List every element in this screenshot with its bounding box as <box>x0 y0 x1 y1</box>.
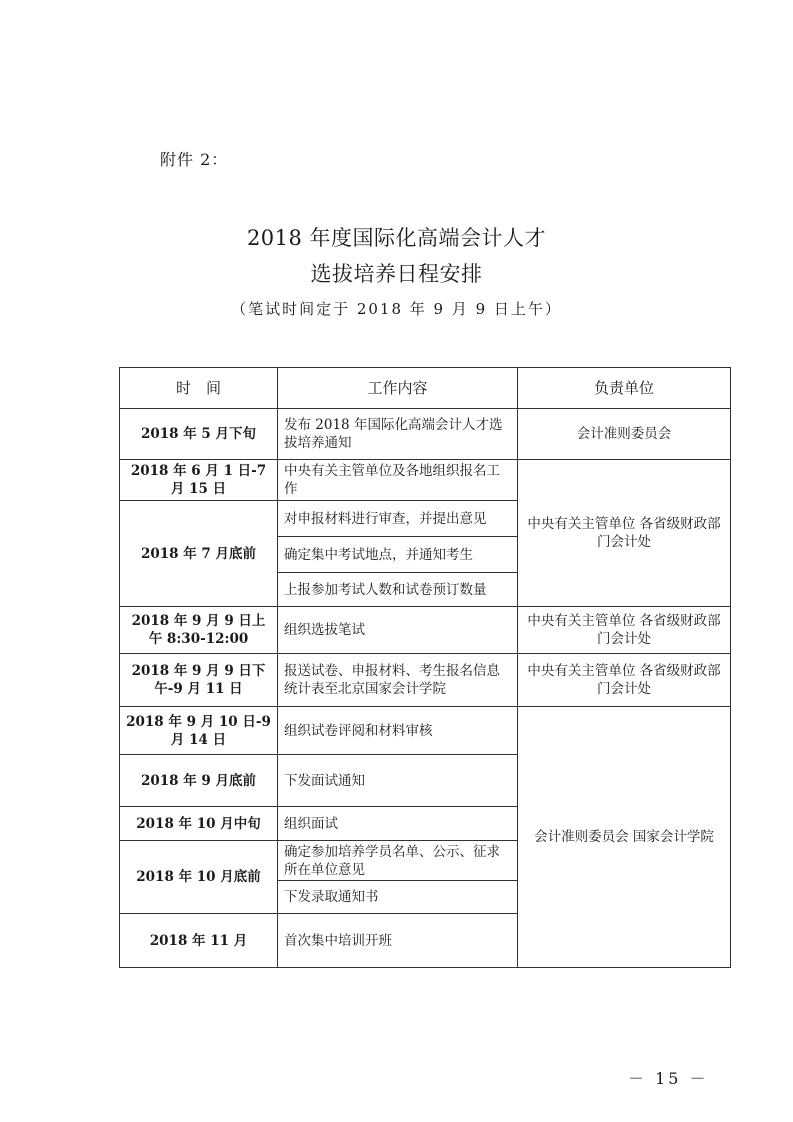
unit-cell: 中央有关主管单位 各省级财政部门会计处 <box>518 654 731 707</box>
time-cell: 2018 年 11 月 <box>120 914 278 968</box>
time-cell: 2018 年 7 月底前 <box>120 501 278 607</box>
work-cell: 发布 2018 年国际化高端会计人才选拔培养通知 <box>278 409 518 460</box>
column-header-work: 工作内容 <box>278 368 518 409</box>
page-number: － 15 － <box>628 1066 709 1089</box>
unit-cell: 中央有关主管单位 各省级财政部门会计处 <box>518 460 731 607</box>
work-cell: 确定参加培养学员名单、公示、征求所在单位意见 <box>278 841 518 881</box>
time-cell: 2018 年 9 月 9 日上午 8:30-12:00 <box>120 607 278 654</box>
document-subtitle: （笔试时间定于 2018 年 9 月 9 日上午） <box>0 298 793 319</box>
table-row: 2018 年 9 月 10 日-9 月 14 日 组织试卷评阅和材料审核 会计准… <box>120 707 731 755</box>
table-row: 2018 年 9 月 9 日下午-9 月 11 日 报送试卷、申报材料、考生报名… <box>120 654 731 707</box>
unit-cell: 会计准则委员会 国家会计学院 <box>518 707 731 968</box>
time-cell: 2018 年 5 月下旬 <box>120 409 278 460</box>
attachment-label: 附件 2： <box>160 147 228 170</box>
column-header-time: 时 间 <box>120 368 278 409</box>
work-cell: 首次集中培训开班 <box>278 914 518 968</box>
time-cell: 2018 年 9 月 10 日-9 月 14 日 <box>120 707 278 755</box>
document-title-line2: 选拔培养日程安排 <box>0 258 793 288</box>
work-cell: 确定集中考试地点，并通知考生 <box>278 537 518 573</box>
work-cell: 下发面试通知 <box>278 755 518 807</box>
time-cell: 2018 年 9 月 9 日下午-9 月 11 日 <box>120 654 278 707</box>
table-row: 2018 年 6 月 1 日-7 月 15 日 中央有关主管单位及各地组织报名工… <box>120 460 731 501</box>
document-title-line1: 2018 年度国际化高端会计人才 <box>0 222 793 252</box>
work-cell: 下发录取通知书 <box>278 881 518 914</box>
unit-cell: 会计准则委员会 <box>518 409 731 460</box>
time-cell: 2018 年 10 月底前 <box>120 841 278 914</box>
work-cell: 组织选拔笔试 <box>278 607 518 654</box>
time-cell: 2018 年 10 月中旬 <box>120 807 278 841</box>
work-cell: 组织试卷评阅和材料审核 <box>278 707 518 755</box>
unit-cell: 中央有关主管单位 各省级财政部门会计处 <box>518 607 731 654</box>
column-header-unit: 负责单位 <box>518 368 731 409</box>
schedule-table: 时 间 工作内容 负责单位 2018 年 5 月下旬 发布 2018 年国际化高… <box>119 367 731 968</box>
work-cell: 组织面试 <box>278 807 518 841</box>
time-cell: 2018 年 9 月底前 <box>120 755 278 807</box>
time-cell: 2018 年 6 月 1 日-7 月 15 日 <box>120 460 278 501</box>
work-cell: 中央有关主管单位及各地组织报名工作 <box>278 460 518 501</box>
work-cell: 对申报材料进行审查，并提出意见 <box>278 501 518 537</box>
table-row: 2018 年 9 月 9 日上午 8:30-12:00 组织选拔笔试 中央有关主… <box>120 607 731 654</box>
table-row: 2018 年 5 月下旬 发布 2018 年国际化高端会计人才选拔培养通知 会计… <box>120 409 731 460</box>
work-cell: 报送试卷、申报材料、考生报名信息统计表至北京国家会计学院 <box>278 654 518 707</box>
table-header-row: 时 间 工作内容 负责单位 <box>120 368 731 409</box>
work-cell: 上报参加考试人数和试卷预订数量 <box>278 573 518 607</box>
